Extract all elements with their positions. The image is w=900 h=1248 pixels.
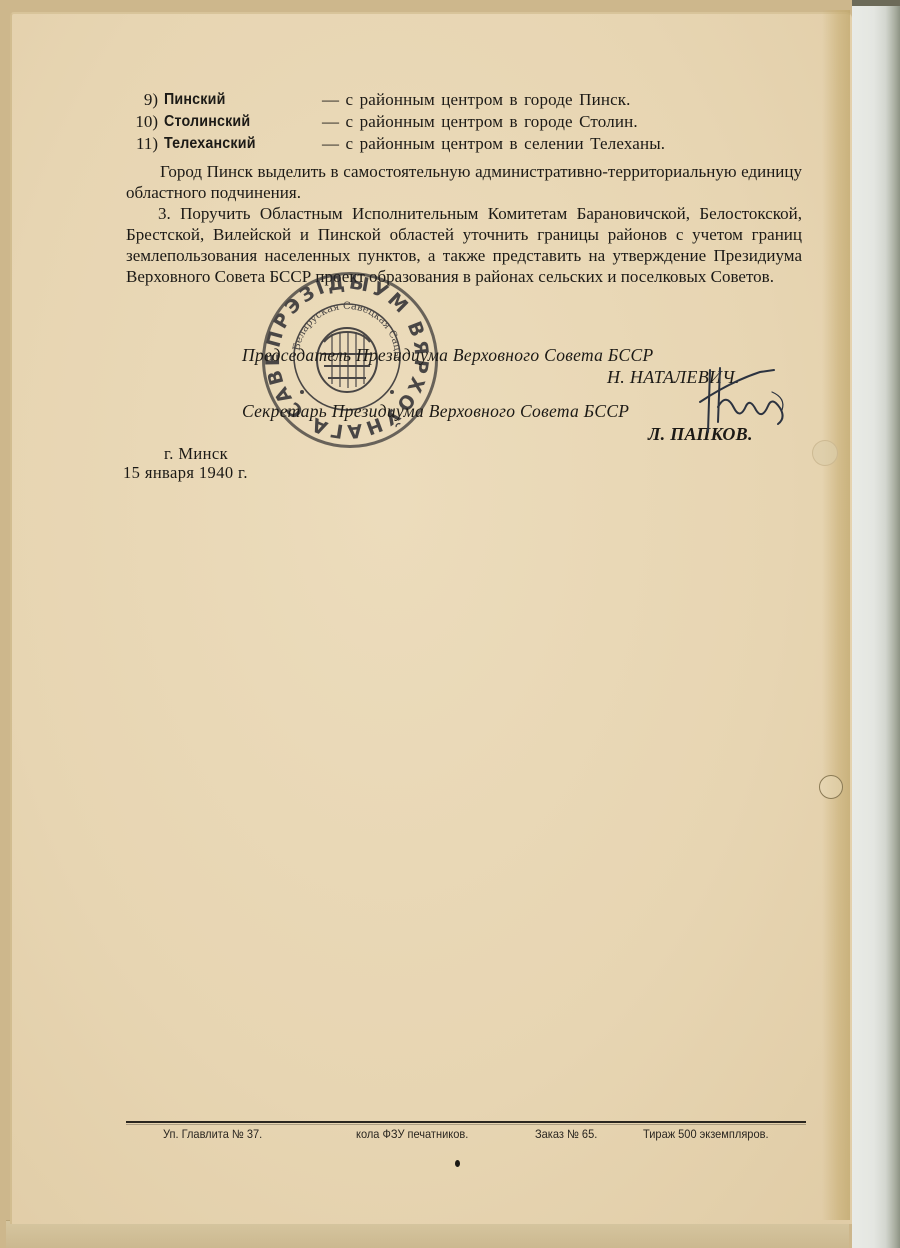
imprint-print-run: Тираж 500 экземпляров. bbox=[643, 1127, 769, 1141]
document-content: 9) Пинский — с районным центром в городе… bbox=[0, 0, 900, 1248]
document-date: 15 января 1940 г. bbox=[123, 463, 248, 483]
secretary-title: Секретарь Президиума Верховного Совета Б… bbox=[242, 401, 629, 422]
paragraph-3: 3. Поручить Областным Исполнительным Ком… bbox=[126, 203, 802, 287]
imprint-printer: кола ФЗУ печатников. bbox=[356, 1127, 468, 1141]
list-number: 11) bbox=[128, 133, 164, 155]
district-name: Телеханский bbox=[164, 133, 309, 155]
list-number: 9) bbox=[128, 89, 164, 111]
district-description: — с районным центром в городе Столин. bbox=[322, 111, 638, 133]
handwritten-signature-icon bbox=[690, 362, 800, 442]
imprint-censor-number: Уп. Главлита № 37. bbox=[163, 1127, 262, 1141]
district-description: — с районным центром в городе Пинск. bbox=[322, 89, 631, 111]
list-item: 9) Пинский — с районным центром в городе… bbox=[128, 89, 828, 111]
imprint-rule-shadow bbox=[126, 1124, 806, 1125]
imprint-order-number: Заказ № 65. bbox=[535, 1127, 597, 1141]
place-of-signing: г. Минск bbox=[164, 444, 228, 464]
district-name: Пинский bbox=[164, 89, 309, 111]
district-name: Столинский bbox=[164, 111, 309, 133]
list-number: 10) bbox=[128, 111, 164, 133]
paper-damage-spot bbox=[812, 440, 838, 466]
list-item: 10) Столинский — с районным центром в го… bbox=[128, 111, 828, 133]
chairman-title: Председатель Президиума Верховного Совет… bbox=[242, 345, 653, 366]
ink-speck bbox=[455, 1160, 460, 1167]
district-list: 9) Пинский — с районным центром в городе… bbox=[128, 89, 828, 155]
district-description: — с районным центром в селении Телеханы. bbox=[322, 133, 665, 155]
punch-hole-mark bbox=[819, 775, 843, 799]
paragraph-pinsk: Город Пинск выделить в самостоятельную а… bbox=[126, 161, 802, 203]
list-item: 11) Телеханский — с районным центром в с… bbox=[128, 133, 828, 155]
imprint-rule bbox=[126, 1121, 806, 1123]
